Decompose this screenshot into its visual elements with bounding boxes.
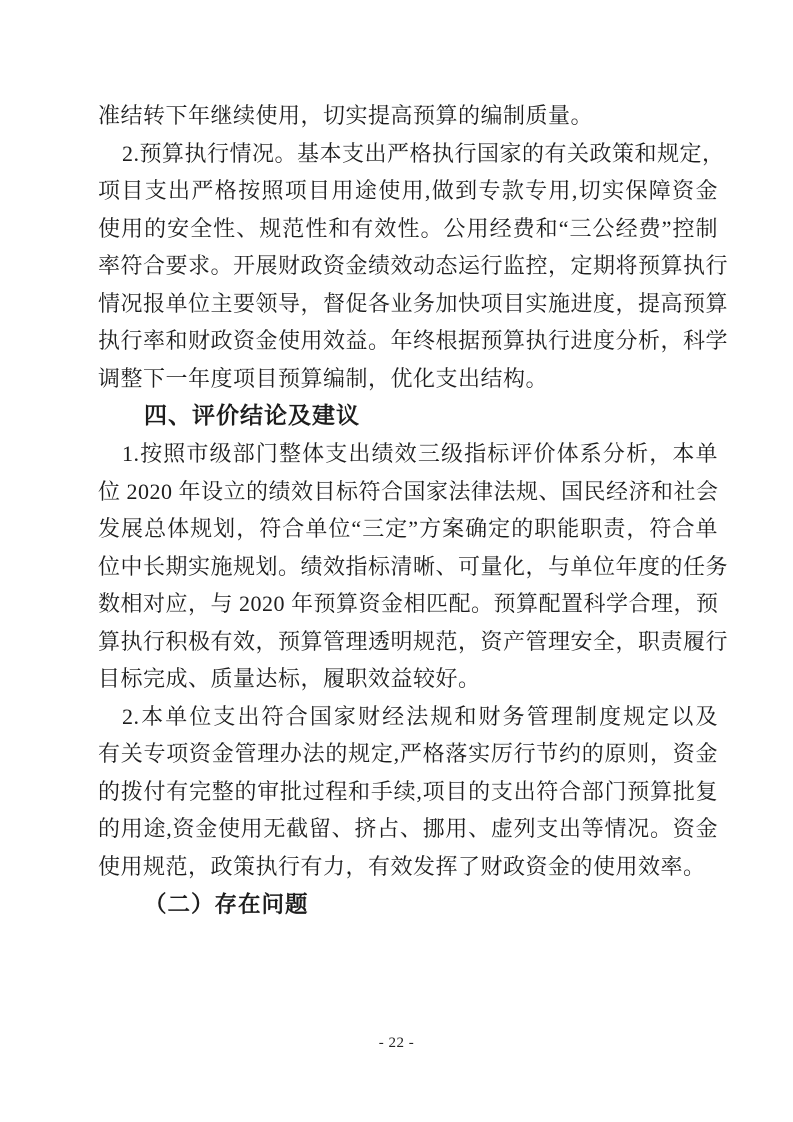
text-line: 项目支出严格按照项目用途使用,做到专款专用,切实保障资金 [98, 172, 718, 210]
text-line: 2.本单位支出符合国家财经法规和财务管理制度规定以及 [98, 698, 718, 736]
text-line: 1.按照市级部门整体支出绩效三级指标评价体系分析，本单 [98, 435, 718, 473]
text-line: 算执行积极有效，预算管理透明规范，资产管理安全，职责履行 [98, 623, 718, 661]
text-line: 位中长期实施规划。绩效指标清晰、可量化，与单位年度的任务 [98, 548, 718, 586]
text-line: 使用的安全性、规范性和有效性。公用经费和“三公经费”控制 [98, 210, 718, 248]
text-line: 数相对应，与 2020 年预算资金相匹配。预算配置科学合理，预 [98, 585, 718, 623]
section-heading: 四、评价结论及建议 [98, 397, 718, 435]
text-line: 的用途,资金使用无截留、挤占、挪用、虚列支出等情况。资金 [98, 810, 718, 848]
text-line: 2.预算执行情况。基本支出严格执行国家的有关政策和规定， [98, 135, 718, 173]
text-line: 目标完成、质量达标，履职效益较好。 [98, 660, 718, 698]
text-line: 调整下一年度项目预算编制，优化支出结构。 [98, 360, 718, 398]
document-page: 准结转下年继续使用，切实提高预算的编制质量。2.预算执行情况。基本支出严格执行国… [0, 0, 793, 1122]
subsection-heading: （二）存在问题 [98, 886, 718, 924]
text-line: 有关专项资金管理办法的规定,严格落实厉行节约的原则，资金 [98, 735, 718, 773]
text-line: 使用规范，政策执行有力，有效发挥了财政资金的使用效率。 [98, 848, 718, 886]
text-line: 发展总体规划，符合单位“三定”方案确定的职能职责，符合单 [98, 510, 718, 548]
text-line: 情况报单位主要领导，督促各业务加快项目实施进度，提高预算 [98, 285, 718, 323]
text-line: 的拨付有完整的审批过程和手续,项目的支出符合部门预算批复 [98, 773, 718, 811]
text-line: 率符合要求。开展财政资金绩效动态运行监控，定期将预算执行 [98, 247, 718, 285]
text-line: 位 2020 年设立的绩效目标符合国家法律法规、国民经济和社会 [98, 473, 718, 511]
text-line: 执行率和财政资金使用效益。年终根据预算执行进度分析，科学 [98, 322, 718, 360]
text-line: 准结转下年继续使用，切实提高预算的编制质量。 [98, 97, 718, 135]
page-number: - 22 - [0, 1035, 793, 1052]
